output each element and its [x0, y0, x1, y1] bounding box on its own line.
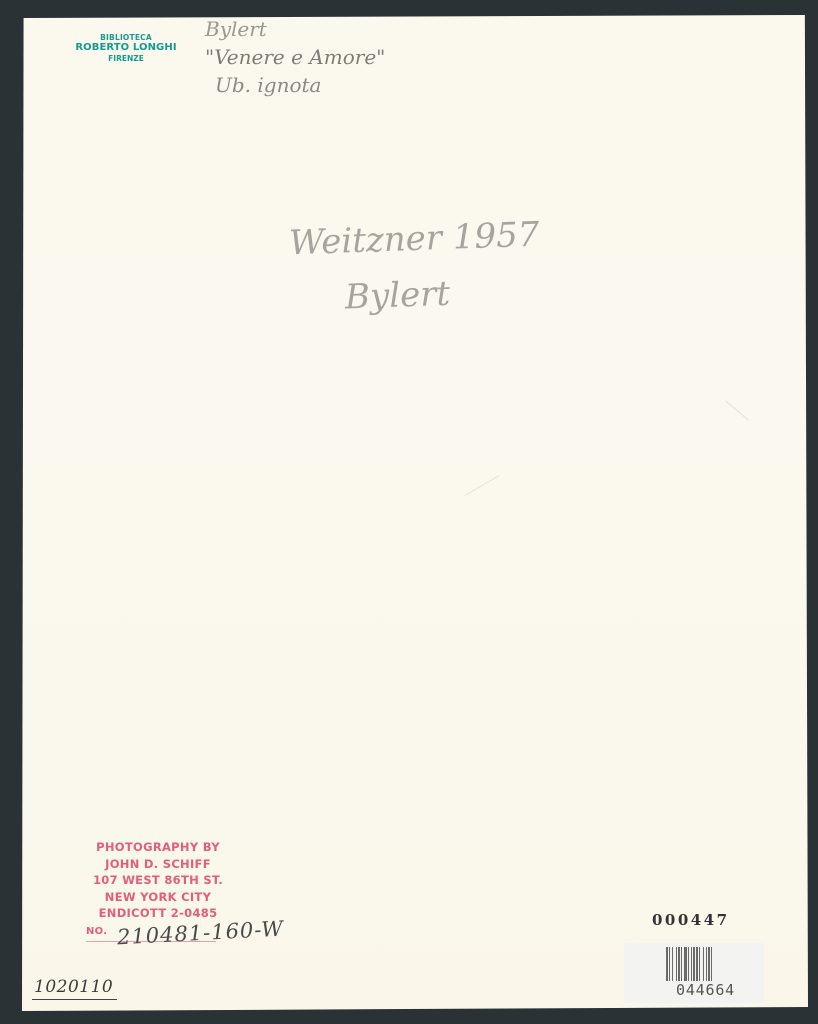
serial-number: 000447	[652, 911, 730, 929]
library-stamp-line2: ROBERTO LONGHI	[66, 42, 186, 54]
barcode-icon	[666, 947, 752, 981]
handwritten-provenance: Weitzner 1957	[288, 207, 540, 272]
paper-crease	[464, 475, 499, 496]
handwritten-attribution-note: Bylert "Venere e Amore" Ub. ignota	[205, 15, 385, 99]
barcode-label: 044664	[624, 943, 764, 1003]
handwritten-artist-center: Bylert	[344, 263, 542, 326]
library-stamp: BIBLIOTECA ROBERTO LONGHI FIRENZE	[66, 33, 186, 63]
inventory-number: 1020110	[32, 977, 117, 1000]
photographer-stamp-line: JOHN D. SCHIFF	[78, 856, 238, 873]
library-stamp-line3: FIRENZE	[66, 54, 186, 63]
photographer-stamp-line: PHOTOGRAPHY BY	[78, 839, 238, 856]
handwritten-provenance-note: Weitzner 1957 Bylert	[288, 207, 542, 328]
scan-background: BIBLIOTECA ROBERTO LONGHI FIRENZE Bylert…	[0, 0, 818, 1024]
library-stamp-line1: BIBLIOTECA	[66, 33, 186, 42]
photo-verso: BIBLIOTECA ROBERTO LONGHI FIRENZE Bylert…	[22, 15, 808, 1011]
photographer-stamp-line: 107 WEST 86TH ST.	[78, 872, 238, 889]
handwritten-title: "Venere e Amore"	[205, 43, 385, 71]
paper-crease	[725, 400, 749, 420]
handwritten-location: Ub. ignota	[215, 71, 385, 99]
photographer-stamp-line: NEW YORK CITY	[78, 889, 238, 906]
barcode-digits: 044664	[676, 981, 735, 999]
handwritten-artist: Bylert	[205, 15, 385, 43]
